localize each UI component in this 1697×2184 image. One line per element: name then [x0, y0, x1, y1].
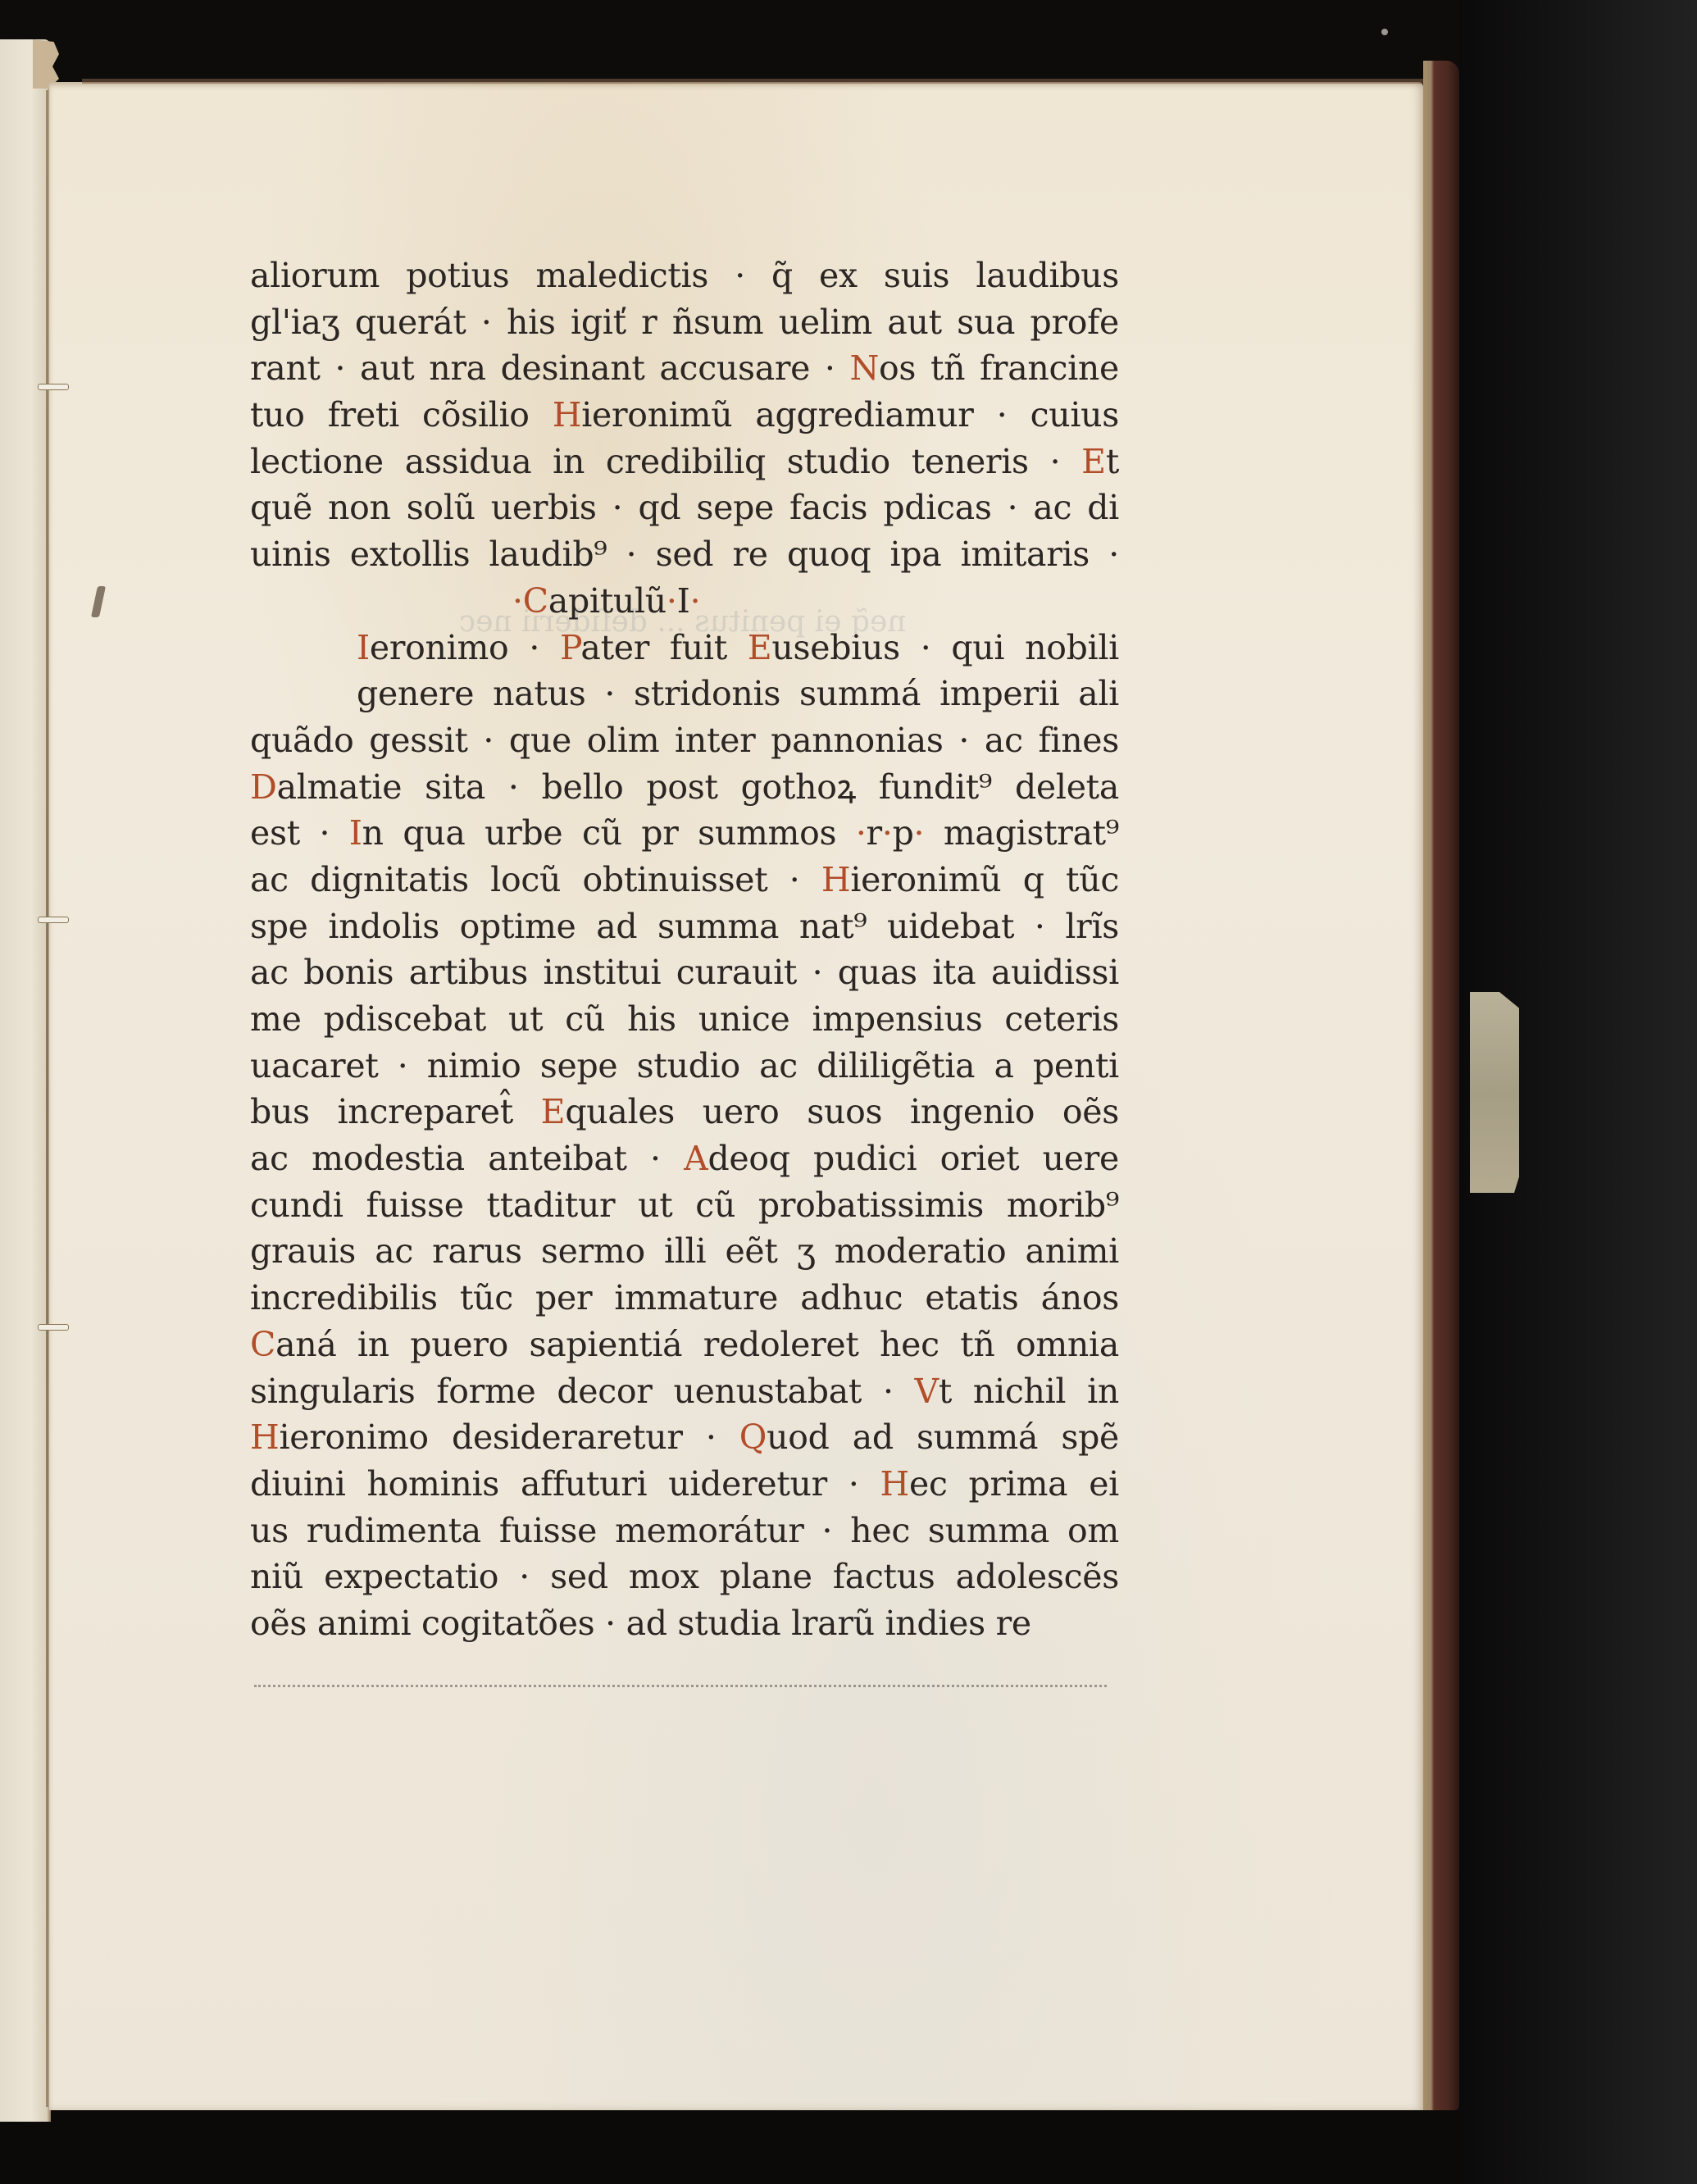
rubricated-initial: C [250, 1325, 275, 1364]
text-segment: p [893, 813, 914, 853]
text-segment: eronimo · [370, 628, 560, 667]
text-segment: quãdo gessit · que olim inter pannonias … [250, 721, 1119, 760]
rubricated-initial: D [250, 767, 277, 807]
text-line: Hieronimo desideraretur · Quod ad summá … [250, 1414, 1119, 1461]
page-tab-marker [1470, 992, 1519, 1193]
text-line: spe indolis optime ad summa nat⁹ uidebat… [250, 903, 1119, 950]
text-segment: singularis forme decor uenustabat · [250, 1372, 915, 1411]
text-segment: spe indolis optime ad summa nat⁹ uidebat… [250, 907, 1119, 946]
text-segment: genere natus · stridonis summá imperii a… [357, 674, 1119, 713]
rubricated-initial: H [821, 860, 850, 899]
text-segment: uacaret · nimio sepe studio ac dililigẽt… [250, 1046, 1119, 1085]
text-line: rant · aut nra desinant accusare · Nos t… [250, 345, 1119, 392]
text-segment: t nichil in [939, 1372, 1119, 1411]
rubricated-initial: I [349, 813, 362, 853]
binding-thread-icon [38, 384, 69, 390]
text-segment: est · [250, 813, 349, 853]
text-segment: ac modestia anteibat · [250, 1139, 684, 1178]
text-segment: quẽ non solũ uerbis · qd sepe facis pdic… [250, 488, 1119, 527]
text-line: me pdiscebat ut cũ his unice impensius c… [250, 996, 1119, 1043]
text-line: ac bonis artibus institui curauit · quas… [250, 949, 1119, 996]
text-segment: ac bonis artibus institui curauit · quas… [250, 953, 1119, 992]
text-segment: niũ expectatio · sed mox plane factus ad… [250, 1557, 1119, 1596]
text-line: quẽ non solũ uerbis · qd sepe facis pdic… [250, 485, 1119, 531]
text-segment: quales uero suos ingenio oẽs [565, 1092, 1119, 1131]
text-segment: cundi fuisse ttaditur ut cũ probatissimi… [250, 1185, 1119, 1225]
dust-speck [1381, 29, 1388, 35]
text-line: lectione assidua in credibiliq studio te… [250, 439, 1119, 485]
text-line: quãdo gessit · que olim inter pannonias … [250, 717, 1119, 764]
torn-corner [33, 39, 59, 89]
next-line-trace [254, 1685, 1107, 1692]
text-segment: os tñ francine [879, 348, 1119, 388]
text-line: est · In qua urbe cũ pr summos ·r·p· mag… [250, 810, 1119, 857]
text-line: Caná in puero sapientiá redoleret hec tñ… [250, 1322, 1119, 1368]
text-segment: rant · aut nra desinant accusare · [250, 348, 849, 388]
text-segment: ieronimũ aggrediamur · cuius [581, 395, 1119, 435]
rubricated-initial: · [667, 581, 677, 621]
text-segment: almatie sita · bello post gothoꝝ fundit⁹… [277, 767, 1119, 807]
rubricated-initial: P [560, 628, 580, 667]
text-segment: I [677, 581, 690, 621]
chapter-heading: ·Capitulũ·I· [250, 578, 1119, 625]
text-line: ac dignitatis locũ obtinuisset · Hieroni… [250, 857, 1119, 903]
text-segment: uod ad summá spẽ [767, 1417, 1119, 1457]
text-line: diuini hominis affuturi uideretur · Hec … [250, 1461, 1119, 1508]
text-segment: ac dignitatis locũ obtinuisset · [250, 860, 821, 899]
text-segment: grauis ac rarus sermo illi eẽt ʒ moderat… [250, 1231, 1119, 1271]
text-line: bus increparet̂ Equales uero suos ingeni… [250, 1089, 1119, 1135]
text-segment: deoq pudici oriet uere [707, 1139, 1119, 1178]
text-segment: diuini hominis affuturi uideretur · [250, 1464, 880, 1504]
text-line: genere natus · stridonis summá imperii a… [250, 671, 1119, 717]
text-line: niũ expectatio · sed mox plane factus ad… [250, 1554, 1119, 1600]
text-segment: us rudimenta fuisse memorátur · hec summ… [250, 1511, 1119, 1550]
background-cloth-bottom [0, 2111, 1459, 2184]
text-segment: ec prima ei [909, 1464, 1119, 1504]
text-line: aliorum potius maledictis · q̃ ex suis l… [250, 253, 1119, 299]
rubricated-initial: H [250, 1417, 279, 1457]
text-line: gl'iaʒ querát · his igiť r ñsum uelim au… [250, 299, 1119, 346]
rubricated-initial: N [849, 348, 879, 388]
rubricated-initial: A [684, 1139, 707, 1178]
gutter-fold [46, 90, 48, 2107]
rubricated-initial: C [523, 581, 548, 621]
text-segment: incredibilis tũc per immature adhuc etat… [250, 1278, 1119, 1317]
text-segment: ieronimo desideraretur · [279, 1417, 739, 1457]
rubricated-initial: · [882, 813, 893, 853]
text-segment: uinis extollis laudib⁹ · sed re quoq ipa… [250, 535, 1119, 574]
rubricated-initial: H [553, 395, 581, 435]
text-segment: ater fuit [580, 628, 747, 667]
text-column: aliorum potius maledictis · q̃ ex suis l… [250, 253, 1119, 1647]
text-line: singularis forme decor uenustabat · Vt n… [250, 1368, 1119, 1415]
text-segment: aliorum potius maledictis · q̃ ex suis l… [250, 256, 1119, 295]
text-line: Ieronimo · Pater fuit Eusebius · qui nob… [250, 625, 1119, 671]
text-line: oẽs animi cogitatões · ad studia lrarũ i… [250, 1600, 1119, 1647]
rubricated-initial: E [541, 1092, 566, 1131]
text-line: tuo freti cõsilio Hieronimũ aggrediamur … [250, 392, 1119, 439]
rubricated-initial: E [1081, 442, 1106, 481]
text-segment: ieronimũ q tũc [850, 860, 1119, 899]
text-line: incredibilis tũc per immature adhuc etat… [250, 1275, 1119, 1322]
page-top-edge [82, 79, 1423, 84]
text-segment: oẽs animi cogitatões · ad studia lrarũ i… [250, 1604, 1031, 1643]
rubricated-initial: I [357, 628, 370, 667]
text-segment: aná in puero sapientiá redoleret hec tñ … [275, 1325, 1119, 1364]
text-segment: n qua urbe cũ pr summos [362, 813, 856, 853]
rubricated-initial: H [880, 1464, 909, 1504]
text-line: ac modestia anteibat · Adeoq pudici orie… [250, 1135, 1119, 1182]
text-segment: lectione assidua in credibiliq studio te… [250, 442, 1081, 481]
text-segment: gl'iaʒ querát · his igiť r ñsum uelim au… [250, 303, 1119, 342]
binding-board-edge [1423, 61, 1459, 2110]
text-line: uacaret · nimio sepe studio ac dililigẽt… [250, 1043, 1119, 1090]
text-segment: usebius · qui nobili [771, 628, 1119, 667]
rubricated-initial: · [856, 813, 867, 853]
text-segment: magistrat⁹ [924, 813, 1119, 853]
rubricated-initial: · [512, 581, 523, 621]
rubricated-initial: · [914, 813, 925, 853]
text-segment: t [1106, 442, 1119, 481]
binding-thread-icon [38, 1324, 69, 1331]
rubricated-initial: · [690, 581, 701, 621]
text-segment: me pdiscebat ut cũ his unice impensius c… [250, 999, 1119, 1039]
text-segment: apitulũ [548, 581, 667, 621]
text-line: Dalmatie sita · bello post gothoꝝ fundit… [250, 764, 1119, 811]
text-line: grauis ac rarus sermo illi eẽt ʒ moderat… [250, 1228, 1119, 1275]
rubricated-initial: E [748, 628, 772, 667]
text-line: us rudimenta fuisse memorátur · hec summ… [250, 1508, 1119, 1554]
rubricated-initial: V [915, 1372, 939, 1411]
text-segment: bus increparet̂ [250, 1092, 541, 1131]
binding-thread-icon [38, 917, 69, 923]
rubricated-initial: Q [739, 1417, 767, 1457]
text-segment: r [867, 813, 882, 853]
facing-page-edge [0, 39, 51, 2122]
text-segment: tuo freti cõsilio [250, 395, 553, 435]
text-line: cundi fuisse ttaditur ut cũ probatissimi… [250, 1182, 1119, 1229]
text-line: uinis extollis laudib⁹ · sed re quoq ipa… [250, 531, 1119, 578]
